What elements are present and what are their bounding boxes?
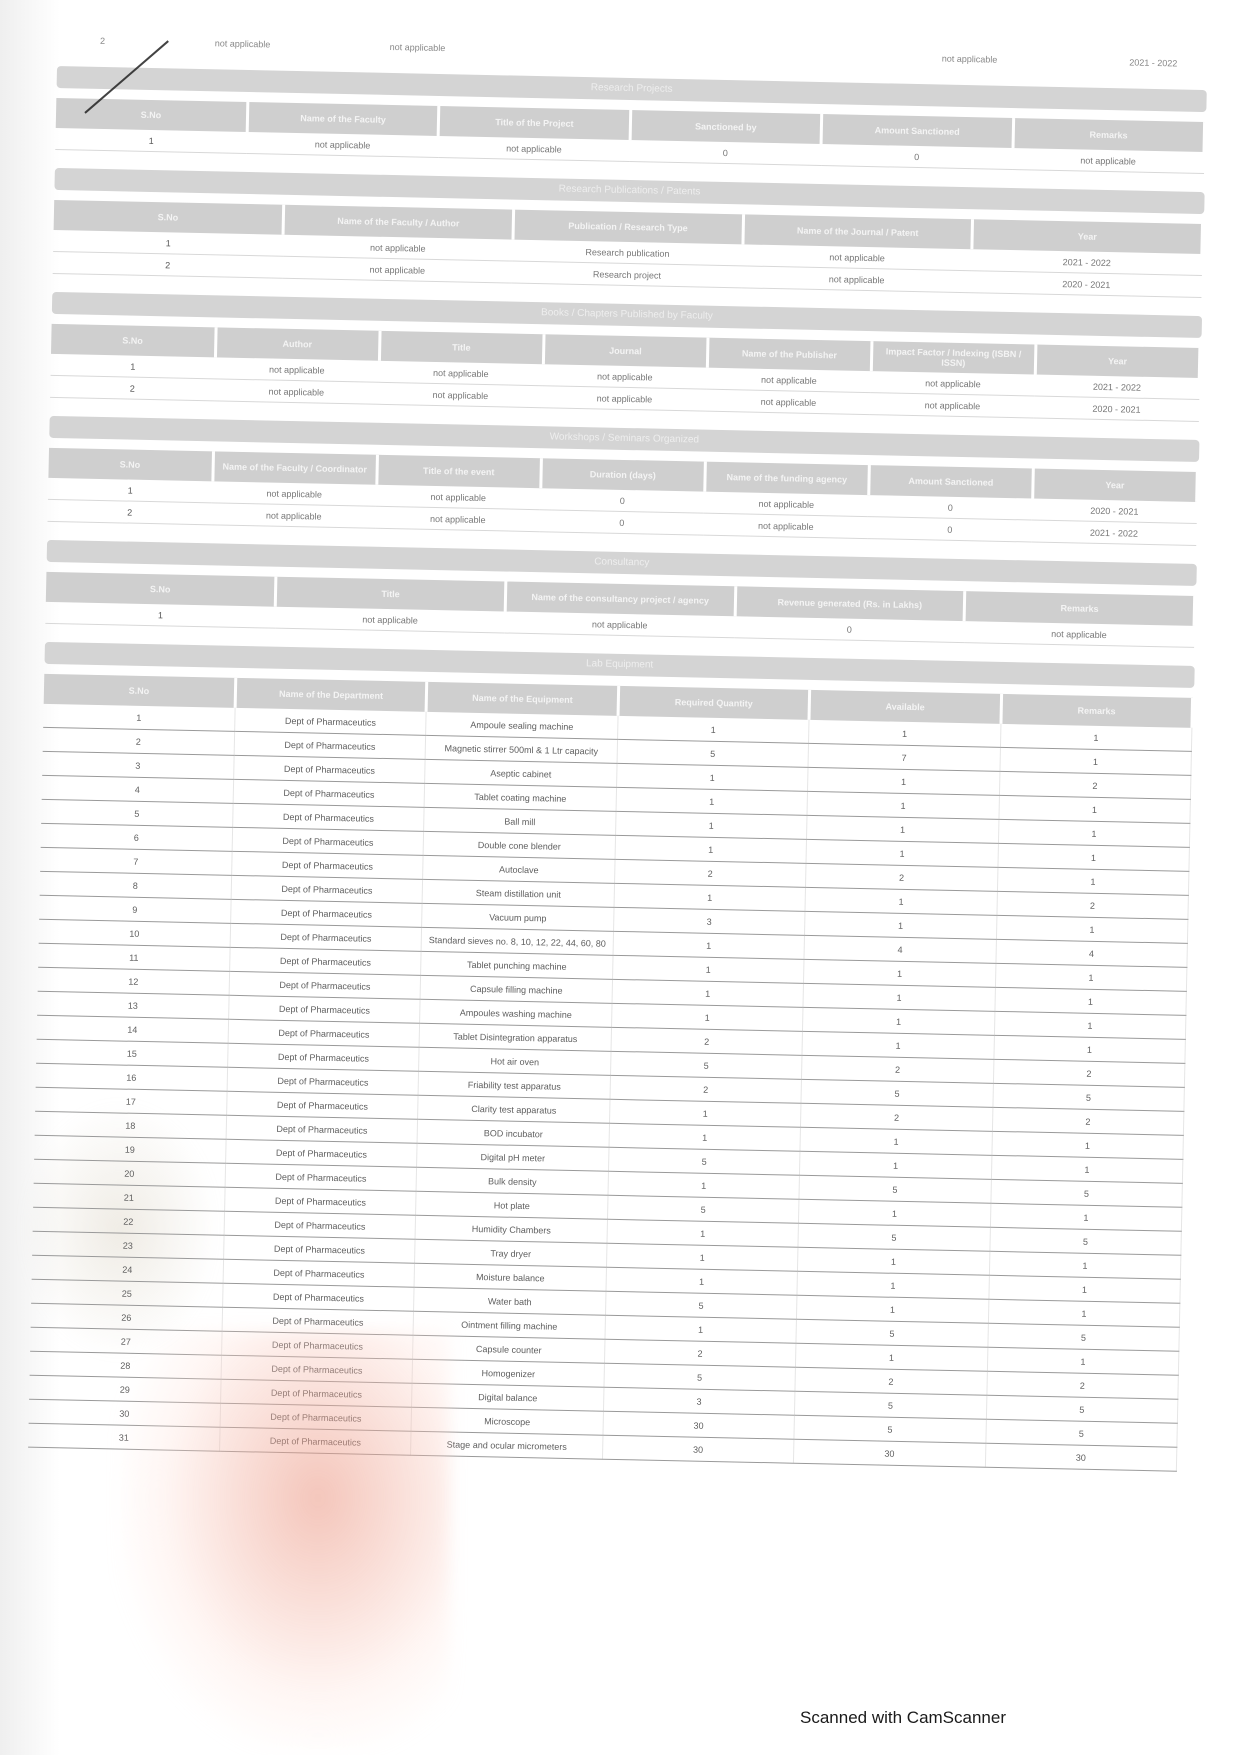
table-cell: 30 (602, 1435, 794, 1463)
column-header: Year (1033, 469, 1198, 502)
column-header: Amount Sanctioned (869, 465, 1034, 498)
carryover-cell-1: not applicable (147, 37, 337, 51)
column-header: Name of the Faculty / Coordinator (212, 451, 377, 484)
table-cell: 2 (50, 375, 214, 400)
column-header: Revenue generated (Rs. in Lakhs) (735, 586, 965, 621)
table-cell: 2020 - 2021 (1034, 396, 1199, 421)
table-cell: 0 (868, 517, 1032, 542)
table-cell: not applicable (742, 266, 972, 293)
column-header: Amount Sanctioned (821, 114, 1013, 148)
column-header: Author (215, 327, 380, 360)
column-header: Name of the Faculty (247, 102, 439, 136)
column-header: Publication / Research Type (513, 210, 743, 245)
column-header: Impact Factor / Indexing (ISBN / ISSN) (871, 341, 1036, 374)
table-cell: 0 (821, 144, 1013, 170)
section-table: S.NoAuthorTitleJournalName of the Publis… (50, 324, 1201, 422)
table-cell: not applicable (376, 506, 540, 531)
table-cell: 30 (985, 1443, 1177, 1471)
section-table: S.NoName of the FacultyTitle of the Proj… (55, 98, 1206, 174)
table-cell: not applicable (1012, 148, 1204, 174)
table-cell: not applicable (282, 256, 512, 283)
section-block: Research ProjectsS.NoName of the Faculty… (55, 66, 1207, 174)
table-cell: not applicable (706, 389, 870, 414)
section-block: Workshops / Seminars OrganizedS.NoName o… (47, 416, 1199, 546)
table-cell: not applicable (870, 393, 1034, 418)
column-header: Title of the Project (438, 106, 630, 140)
column-header: Sanctioned by (630, 110, 822, 144)
column-header: Name of the Equipment (426, 682, 618, 716)
column-header: S.No (46, 572, 276, 607)
table-cell: Research project (512, 261, 742, 288)
table-cell: not applicable (704, 513, 868, 538)
table-cell: not applicable (275, 607, 505, 633)
column-header: Available (809, 690, 1001, 724)
table-cell: 0 (629, 140, 821, 166)
column-header: Journal (543, 334, 708, 367)
table-cell: 1 (45, 602, 275, 628)
column-header: Title (275, 577, 505, 612)
table-cell: not applicable (247, 132, 439, 158)
sections-container: Research ProjectsS.NoName of the Faculty… (45, 66, 1206, 648)
table-cell: not applicable (214, 379, 378, 404)
column-header: Duration (days) (540, 458, 705, 491)
column-header: Required Quantity (618, 686, 810, 720)
section-table: S.NoTitleName of the consultancy project… (45, 572, 1196, 648)
column-header: Title (379, 331, 544, 364)
table-cell: not applicable (505, 611, 735, 637)
section-block: Books / Chapters Published by FacultyS.N… (50, 292, 1202, 422)
table-cell: 30 (794, 1439, 986, 1467)
column-header: Year (972, 219, 1202, 254)
table-cell: 2020 - 2021 (971, 271, 1201, 298)
column-header: Year (1035, 345, 1200, 378)
column-header: Remarks (1000, 694, 1192, 728)
table-cell: 0 (734, 616, 964, 642)
column-header: Name of the Publisher (707, 338, 872, 371)
section-table: S.NoName of the Faculty / CoordinatorTit… (47, 448, 1198, 546)
scan-stain-red (120, 1330, 450, 1750)
scanner-watermark: Scanned with CamScanner (800, 1708, 1006, 1728)
column-header: S.No (56, 98, 248, 132)
table-cell: 0 (540, 510, 704, 535)
table-cell: 2 (47, 499, 211, 524)
column-header: Name of the Department (235, 678, 427, 712)
section-table: S.NoName of the Faculty / AuthorPublicat… (53, 200, 1204, 298)
column-header: S.No (44, 674, 236, 708)
column-header: Name of the Faculty / Author (283, 205, 513, 240)
table-cell: not applicable (964, 621, 1194, 647)
table-cell: not applicable (438, 136, 630, 162)
table-cell: 2021 - 2022 (1032, 520, 1197, 545)
column-header: Name of the funding agency (705, 462, 870, 495)
table-cell: not applicable (212, 503, 376, 528)
carryover-sn: 2 (57, 35, 147, 47)
table-cell: not applicable (378, 382, 542, 407)
column-header: Title of the event (376, 455, 541, 488)
column-header: S.No (51, 324, 216, 357)
column-header: S.No (48, 448, 213, 481)
column-header: Remarks (1013, 118, 1205, 152)
column-header: Name of the Journal / Patent (743, 214, 973, 249)
section-block: Research Publications / PatentsS.NoName … (53, 168, 1205, 298)
carryover-cell-3: not applicable (497, 44, 997, 64)
table-cell: 2 (53, 251, 283, 278)
table-cell: 1 (55, 128, 247, 154)
carryover-cell-2: not applicable (337, 41, 497, 54)
column-header: Name of the consultancy project / agency (505, 581, 735, 616)
column-header: Remarks (964, 591, 1194, 626)
table-cell: not applicable (542, 386, 706, 411)
carryover-year: 2021 - 2022 (997, 55, 1177, 69)
section-block: ConsultancyS.NoTitleName of the consulta… (45, 540, 1197, 648)
column-header: S.No (54, 200, 284, 235)
